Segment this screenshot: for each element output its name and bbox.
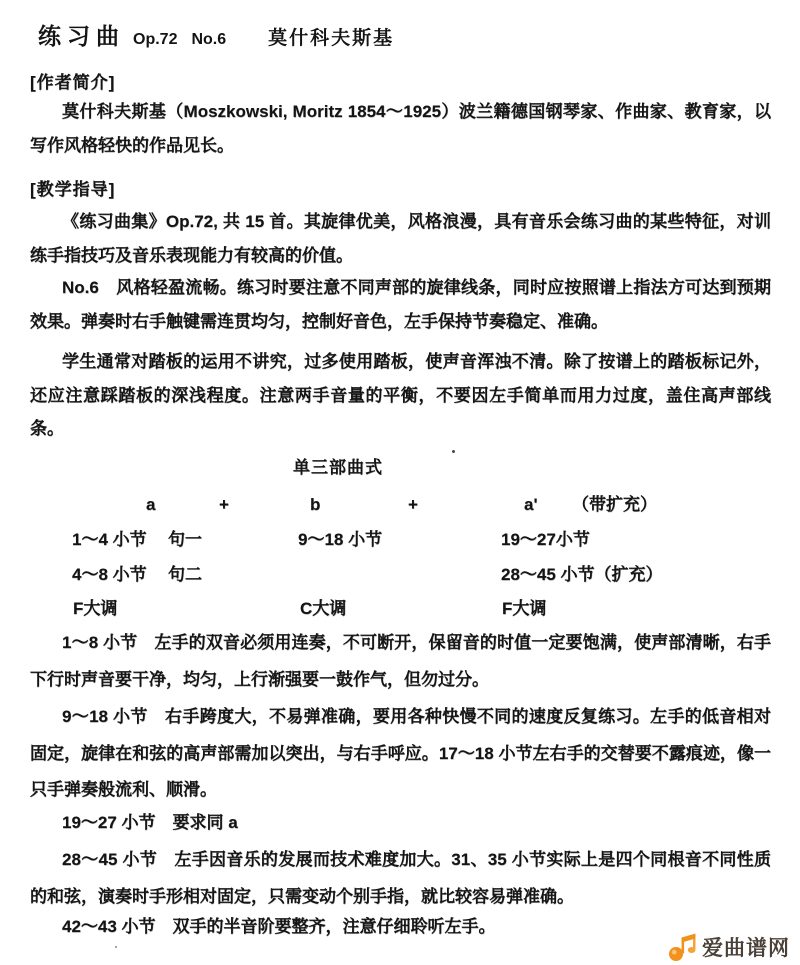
- structure-diagram-title: 单三部曲式: [293, 457, 383, 479]
- form-section-a: a: [146, 494, 155, 516]
- section-heading-teaching-guide: [教学指导]: [30, 175, 115, 200]
- bars-range-a-prime-expansion: 28～45 小节（扩充）: [501, 564, 663, 586]
- form-section-a-prime: a': [524, 494, 538, 516]
- analysis-paragraph-bars-9-18: 9～18 小节 右手跨度大，不易弹准确，要用各种快慢不同的速度反复练习。左手的低…: [30, 699, 771, 809]
- opus-number-label: No.6: [191, 31, 226, 49]
- key-label-b: C大调: [300, 598, 346, 620]
- scan-artifact-dot: [115, 946, 117, 948]
- document-page: 练习曲 Op.72 No.6 莫什科夫斯基 [作者简介] 莫什科夫斯基（Mosz…: [0, 0, 800, 965]
- analysis-paragraph-bars-28-45: 28～45 小节 左手因音乐的发展而技术难度加大。31、35 小节实际上是四个同…: [30, 842, 771, 915]
- phrase1-label: 句一: [168, 529, 202, 551]
- bars-range-a-prime: 19～27小节: [501, 529, 590, 551]
- key-label-a: F大调: [73, 598, 117, 620]
- plus-sign: +: [408, 494, 418, 516]
- site-name: 爱曲谱网: [702, 932, 790, 962]
- bars-range-a-phrase1: 1～4 小节: [72, 529, 147, 551]
- analysis-paragraph-bars-19-27: 19～27 小节 要求同 a: [30, 805, 771, 842]
- phrase2-label: 句二: [168, 564, 202, 586]
- site-watermark: 爱曲谱网: [668, 930, 790, 963]
- key-label-a-prime: F大调: [502, 598, 546, 620]
- composer-name: 莫什科夫斯基: [268, 23, 394, 50]
- bars-range-a-phrase2: 4～8 小节: [72, 564, 147, 586]
- scan-artifact-dot: [452, 450, 455, 453]
- analysis-paragraph-bars-1-8: 1～8 小节 左手的双音必须用连奏，不可断开，保留音的时值一定要饱满，使声部清晰…: [30, 625, 771, 698]
- teaching-paragraph-no6-style: No.6 风格轻盈流畅。练习时要注意不同声部的旋律线条，同时应按照谱上指法方可达…: [30, 271, 771, 338]
- form-expansion-note: （带扩充）: [572, 494, 657, 516]
- plus-sign: +: [219, 494, 229, 516]
- section-heading-author-intro: [作者简介]: [30, 68, 115, 93]
- form-section-b: b: [310, 494, 320, 516]
- author-intro-paragraph: 莫什科夫斯基（Moszkowski, Moritz 1854～1925）波兰籍德…: [30, 95, 771, 162]
- bars-range-b: 9～18 小节: [298, 529, 382, 551]
- teaching-paragraph-etude-set: 《练习曲集》Op.72, 共 15 首。其旋律优美，风格浪漫，具有音乐会练习曲的…: [30, 205, 771, 272]
- music-note-icon: [668, 930, 700, 963]
- analysis-paragraph-bars-42-43: 42～43 小节 双手的半音阶要整齐，注意仔细聆听左手。: [30, 909, 771, 946]
- document-title: 练习曲 Op.72 No.6 莫什科夫斯基: [38, 18, 394, 51]
- teaching-paragraph-pedal: 学生通常对踏板的运用不讲究，过多使用踏板，使声音浑浊不清。除了按谱上的踏板标记外…: [30, 345, 771, 446]
- opus-label: Op.72: [133, 31, 177, 49]
- etude-title: 练习曲: [38, 18, 125, 51]
